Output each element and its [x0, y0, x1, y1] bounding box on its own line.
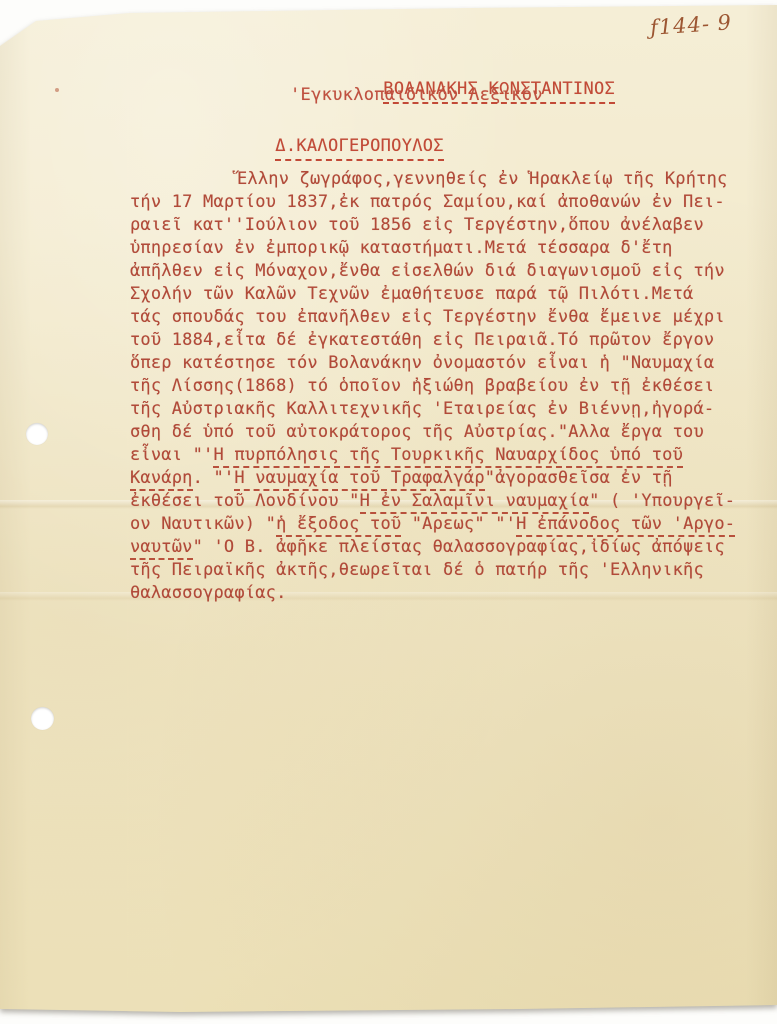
body-text-segment: τοῦ 1884,εἶτα δέ ἐγκατεστάθη εἰς Πειραιᾶ… — [130, 330, 714, 350]
body-line: ἐκθέσει τοῦ Λονδίνου "Η ἐν Σαλαμῖνι ναυμ… — [130, 490, 750, 513]
body-line: τήν 17 Μαρτίου 1837,ἐκ πατρός Σαμίου,καί… — [130, 191, 750, 214]
body-text-segment: " ( 'Υπουργεῖ- — [589, 491, 735, 511]
body-line: Ἕλλην ζωγράφος,γεννηθείς ἐν Ἡρακλείῳ τῆς… — [130, 168, 750, 191]
body-text-segment: ὑπηρεσίαν ἐν ἐμπορικῷ καταστήματι.Μετά τ… — [130, 238, 673, 258]
body-text-segment: . "' — [193, 468, 235, 488]
body-line: Σχολήν τῶν Καλῶν Τεχνῶν ἐμαθήτευσε παρά … — [130, 283, 750, 306]
body-text-segment: εἶναι "' — [130, 445, 213, 465]
body-line: ραιεῖ κατ''Ιούλιον τοῦ 1856 εἰς Τεργέστη… — [130, 214, 750, 237]
body-line: ναυτῶν" 'Ο Β. ἀφῆκε πλείστας θαλασσογραφ… — [130, 536, 750, 559]
body-lines: Ἕλλην ζωγράφος,γεννηθείς ἐν Ἡρακλείῳ τῆς… — [130, 168, 750, 605]
underlined-artwork-title: ἡ ἔξοδος τοῦ — [276, 514, 401, 537]
body-text-segment: σθη δέ ὑπό τοῦ αὐτοκράτορος τῆς Αὐστρίας… — [130, 422, 704, 442]
body-line: εἶναι "'Η πυρπόλησις τῆς Τουρκικῆς Ναυαρ… — [130, 444, 750, 467]
underlined-artwork-title: ναυτῶν — [130, 537, 193, 560]
hole-punch-top — [26, 423, 48, 445]
body-text-segment: ραιεῖ κατ''Ιούλιον τοῦ 1856 εἰς Τεργέστη… — [130, 215, 704, 235]
ink-speck — [55, 88, 59, 92]
body-text-segment: τῆς Πειραϊκῆς ἀκτῆς,θεωρεῖται δέ ὁ πατήρ… — [130, 560, 704, 580]
handwritten-folio-annotation: ƒ144- 9 — [649, 10, 732, 40]
body-line: τῆς Λίσσης(1868) τό ὁποῖον ἠξιώθη βραβεί… — [130, 375, 750, 398]
body-text-segment: ον Ναυτικῶν) " — [130, 514, 276, 534]
body-line: Κανάρη. "'Η ναυμαχία τοῦ Τραφαλγάρ"ἀγορα… — [130, 467, 750, 490]
body-text-segment: Ἕλλην ζωγράφος,γεννηθείς ἐν Ἡρακλείῳ τῆς… — [237, 169, 727, 189]
body-text-segment: ὅπερ κατέστησε τόν Βολανάκην ὀνομαστόν ε… — [130, 353, 714, 373]
body-line: σθη δέ ὑπό τοῦ αὐτοκράτορος τῆς Αὐστρίας… — [130, 421, 750, 444]
body-line: τοῦ 1884,εἶτα δέ ἐγκατεστάθη εἰς Πειραιᾶ… — [130, 329, 750, 352]
paper-sheet: ƒ144- 9 ΒΟΛΑΝΑΚΗΣ ΚΩΝΣΤΑΝΤΙΝΟΣ 'Εγκυκλοπ… — [0, 0, 777, 1024]
body-text-segment: ἐκθέσει τοῦ Λονδίνου " — [130, 491, 360, 511]
body-text-segment: "Αρεως" "' — [401, 514, 516, 534]
body-text-segment: ἀπῆλθεν εἰς Μόναχον,ἔνθα εἰσελθών διά δι… — [130, 261, 725, 281]
body-line: ὑπηρεσίαν ἐν ἐμπορικῷ καταστήματι.Μετά τ… — [130, 237, 750, 260]
body-line: τῆς Αὐστριακῆς Καλλιτεχνικῆς 'Εταιρείας … — [130, 398, 750, 421]
body-line: τῆς Πειραϊκῆς ἀκτῆς,θεωρεῖται δέ ὁ πατήρ… — [130, 559, 750, 582]
hole-punch-bottom — [31, 707, 54, 730]
body-text-segment: τῆς Αὐστριακῆς Καλλιτεχνικῆς 'Εταιρείας … — [130, 399, 714, 419]
underlined-artwork-title: Η ναυμαχία τοῦ Τραφαλγάρ — [234, 468, 484, 491]
body-text-segment: Σχολήν τῶν Καλῶν Τεχνῶν ἐμαθήτευσε παρά … — [130, 284, 693, 304]
body-line: τάς σπουδάς του ἐπανῆλθεν εἰς Τεργέστην … — [130, 306, 750, 329]
scanned-document-page: ƒ144- 9 ΒΟΛΑΝΑΚΗΣ ΚΩΝΣΤΑΝΤΙΝΟΣ 'Εγκυκλοπ… — [0, 0, 777, 1024]
body-text-segment: τάς σπουδάς του ἐπανῆλθεν εἰς Τεργέστην … — [130, 307, 725, 327]
body-line: θαλασσογραφίας. — [130, 582, 750, 605]
body-line: ἀπῆλθεν εἰς Μόναχον,ἔνθα εἰσελθών διά δι… — [130, 260, 750, 283]
underlined-artwork-title: Η ἐν Σαλαμῖνι ναυμαχία — [360, 491, 590, 514]
body-text-segment: τήν 17 Μαρτίου 1837,ἐκ πατρός Σαμίου,καί… — [130, 192, 725, 212]
author-name: Δ.ΚΑΛΟΓΕΡΟΠΟΥΛΟΣ — [275, 136, 444, 161]
underlined-artwork-title: Κανάρη — [130, 468, 193, 491]
body-text-segment: θαλασσογραφίας. — [130, 583, 287, 603]
body-text-segment: "ἀγορασθεῖσα ἐν τῇ — [485, 468, 673, 488]
body-text-segment: " 'Ο Β. ἀφῆκε πλείστας θαλασσογραφίας,ἰδ… — [193, 537, 725, 557]
underlined-artwork-title: Η πυρπόλησις τῆς Τουρκικῆς Ναυαρχίδος ὑπ… — [213, 445, 683, 468]
body-line: ὅπερ κατέστησε τόν Βολανάκην ὀνομαστόν ε… — [130, 352, 750, 375]
body-text-segment: τῆς Λίσσης(1868) τό ὁποῖον ἠξιώθη βραβεί… — [130, 376, 714, 396]
document-subtitle: 'Εγκυκλοπαιδικόν Λεξικόν — [290, 85, 543, 105]
paper-shadow: ƒ144- 9 ΒΟΛΑΝΑΚΗΣ ΚΩΝΣΤΑΝΤΙΝΟΣ 'Εγκυκλοπ… — [0, 0, 777, 1024]
underlined-artwork-title: Η ἐπάνοδος τῶν 'Αργο- — [516, 514, 735, 537]
body-line: ον Ναυτικῶν) "ἡ ἔξοδος τοῦ "Αρεως" "'Η ἐ… — [130, 513, 750, 536]
